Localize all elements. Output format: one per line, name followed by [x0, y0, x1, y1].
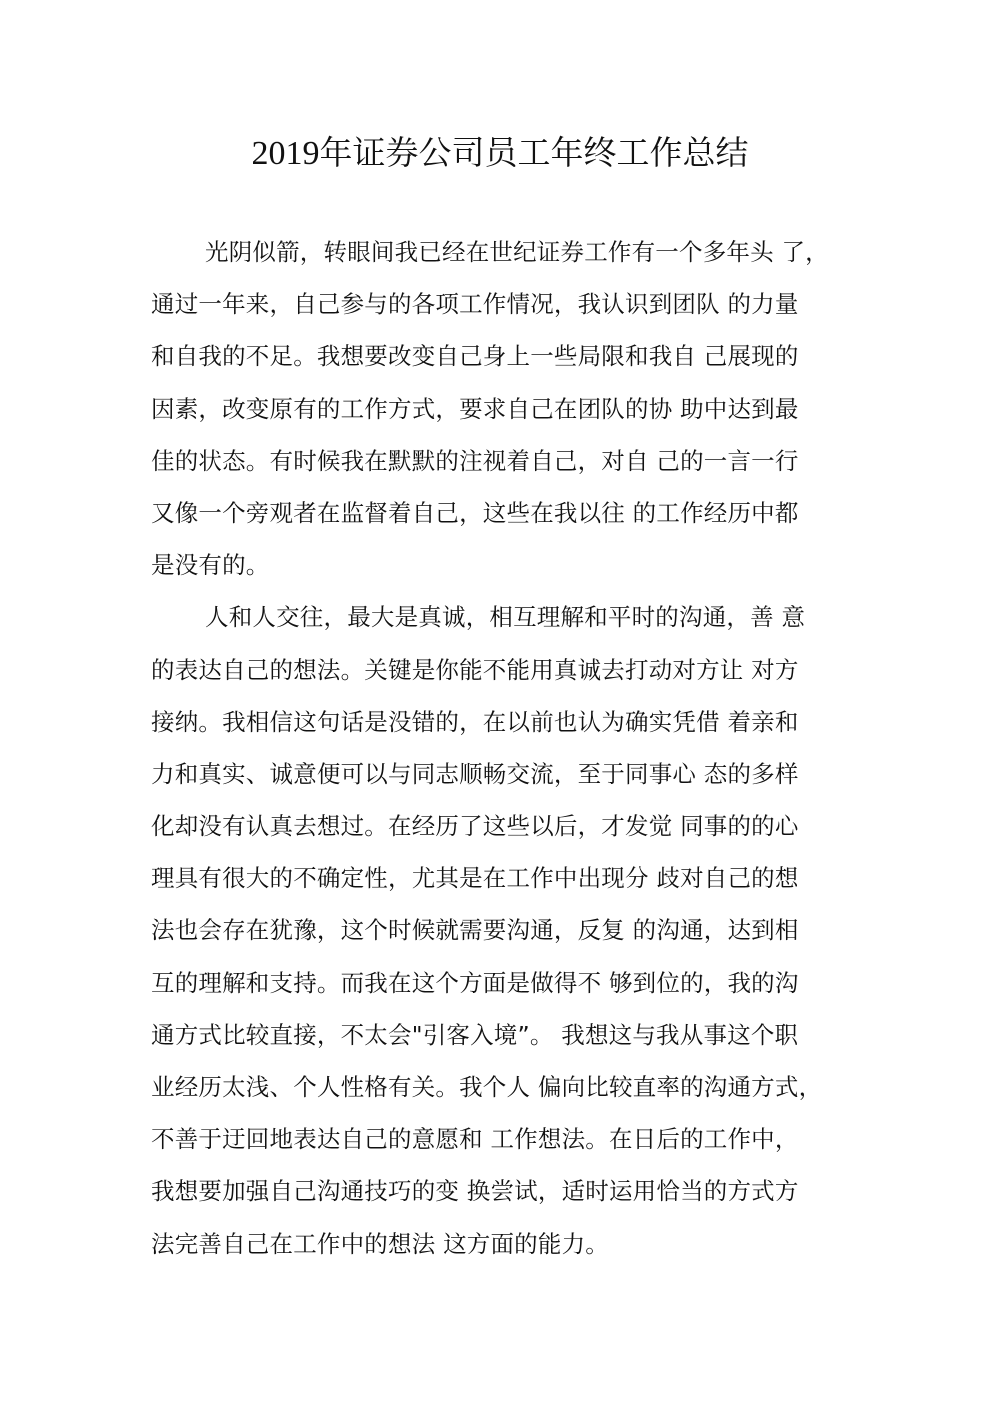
- text-line: 的表达自己的想法。关键是你能不能用真诚去打动对方让 对方: [151, 644, 881, 696]
- text-line: 业经历太浅、个人性格有关。我个人 偏向比较直率的沟通方式，: [151, 1061, 881, 1113]
- text-line: 互的理解和支持。而我在这个方面是做得不 够到位的，我的沟: [151, 957, 881, 1009]
- text-line: 接纳。我相信这句话是没错的，在以前也认为确实凭借 着亲和: [151, 696, 881, 748]
- text-line: 人和人交往，最大是真诚，相互理解和平时的沟通，善 意: [151, 591, 881, 643]
- text-line: 力和真实、诚意便可以与同志顺畅交流，至于同事心 态的多样: [151, 748, 881, 800]
- text-line: 通方式比较直接，不太会"引客入境”。 我想这与我从事这个职: [151, 1009, 881, 1061]
- text-line: 不善于迂回地表达自己的意愿和 工作想法。在日后的工作中，: [151, 1113, 881, 1165]
- text-line: 法完善自己在工作中的想法 这方面的能力。: [151, 1218, 881, 1270]
- text-line: 是没有的。: [151, 539, 881, 591]
- paragraph-2: 人和人交往，最大是真诚，相互理解和平时的沟通，善 意 的表达自己的想法。关键是你…: [151, 591, 881, 1269]
- text-line: 法也会存在犹豫，这个时候就需要沟通，反复 的沟通，达到相: [151, 904, 881, 956]
- text-line: 化却没有认真去想过。在经历了这些以后，才发觉 同事的的心: [151, 800, 881, 852]
- text-line: 又像一个旁观者在监督着自己，这些在我以往 的工作经历中都: [151, 487, 881, 539]
- document-body: 光阴似箭，转眼间我已经在世纪证券工作有一个多年头 了， 通过一年来，自己参与的各…: [151, 226, 881, 1270]
- title-text: 年证券公司员工年终工作总结: [320, 133, 749, 172]
- text-line: 通过一年来，自己参与的各项工作情况，我认识到团队 的力量: [151, 278, 881, 330]
- text-line: 我想要加强自己沟通技巧的变 换尝试，适时运用恰当的方式方: [151, 1165, 881, 1217]
- text-line: 和自我的不足。我想要改变自己身上一些局限和我自 己展现的: [151, 330, 881, 382]
- document-title: 2019年证券公司员工年终工作总结: [0, 128, 1000, 179]
- text-line: 理具有很大的不确定性，尤其是在工作中出现分 歧对自己的想: [151, 852, 881, 904]
- text-line: 光阴似箭，转眼间我已经在世纪证券工作有一个多年头 了，: [151, 226, 881, 278]
- document-page: 2019年证券公司员工年终工作总结 光阴似箭，转眼间我已经在世纪证券工作有一个多…: [0, 0, 1000, 1415]
- title-year: 2019: [252, 135, 320, 172]
- paragraph-1: 光阴似箭，转眼间我已经在世纪证券工作有一个多年头 了， 通过一年来，自己参与的各…: [151, 226, 881, 591]
- text-line: 因素，改变原有的工作方式，要求自己在团队的协 助中达到最: [151, 383, 881, 435]
- text-line: 佳的状态。有时候我在默默的注视着自己，对自 己的一言一行: [151, 435, 881, 487]
